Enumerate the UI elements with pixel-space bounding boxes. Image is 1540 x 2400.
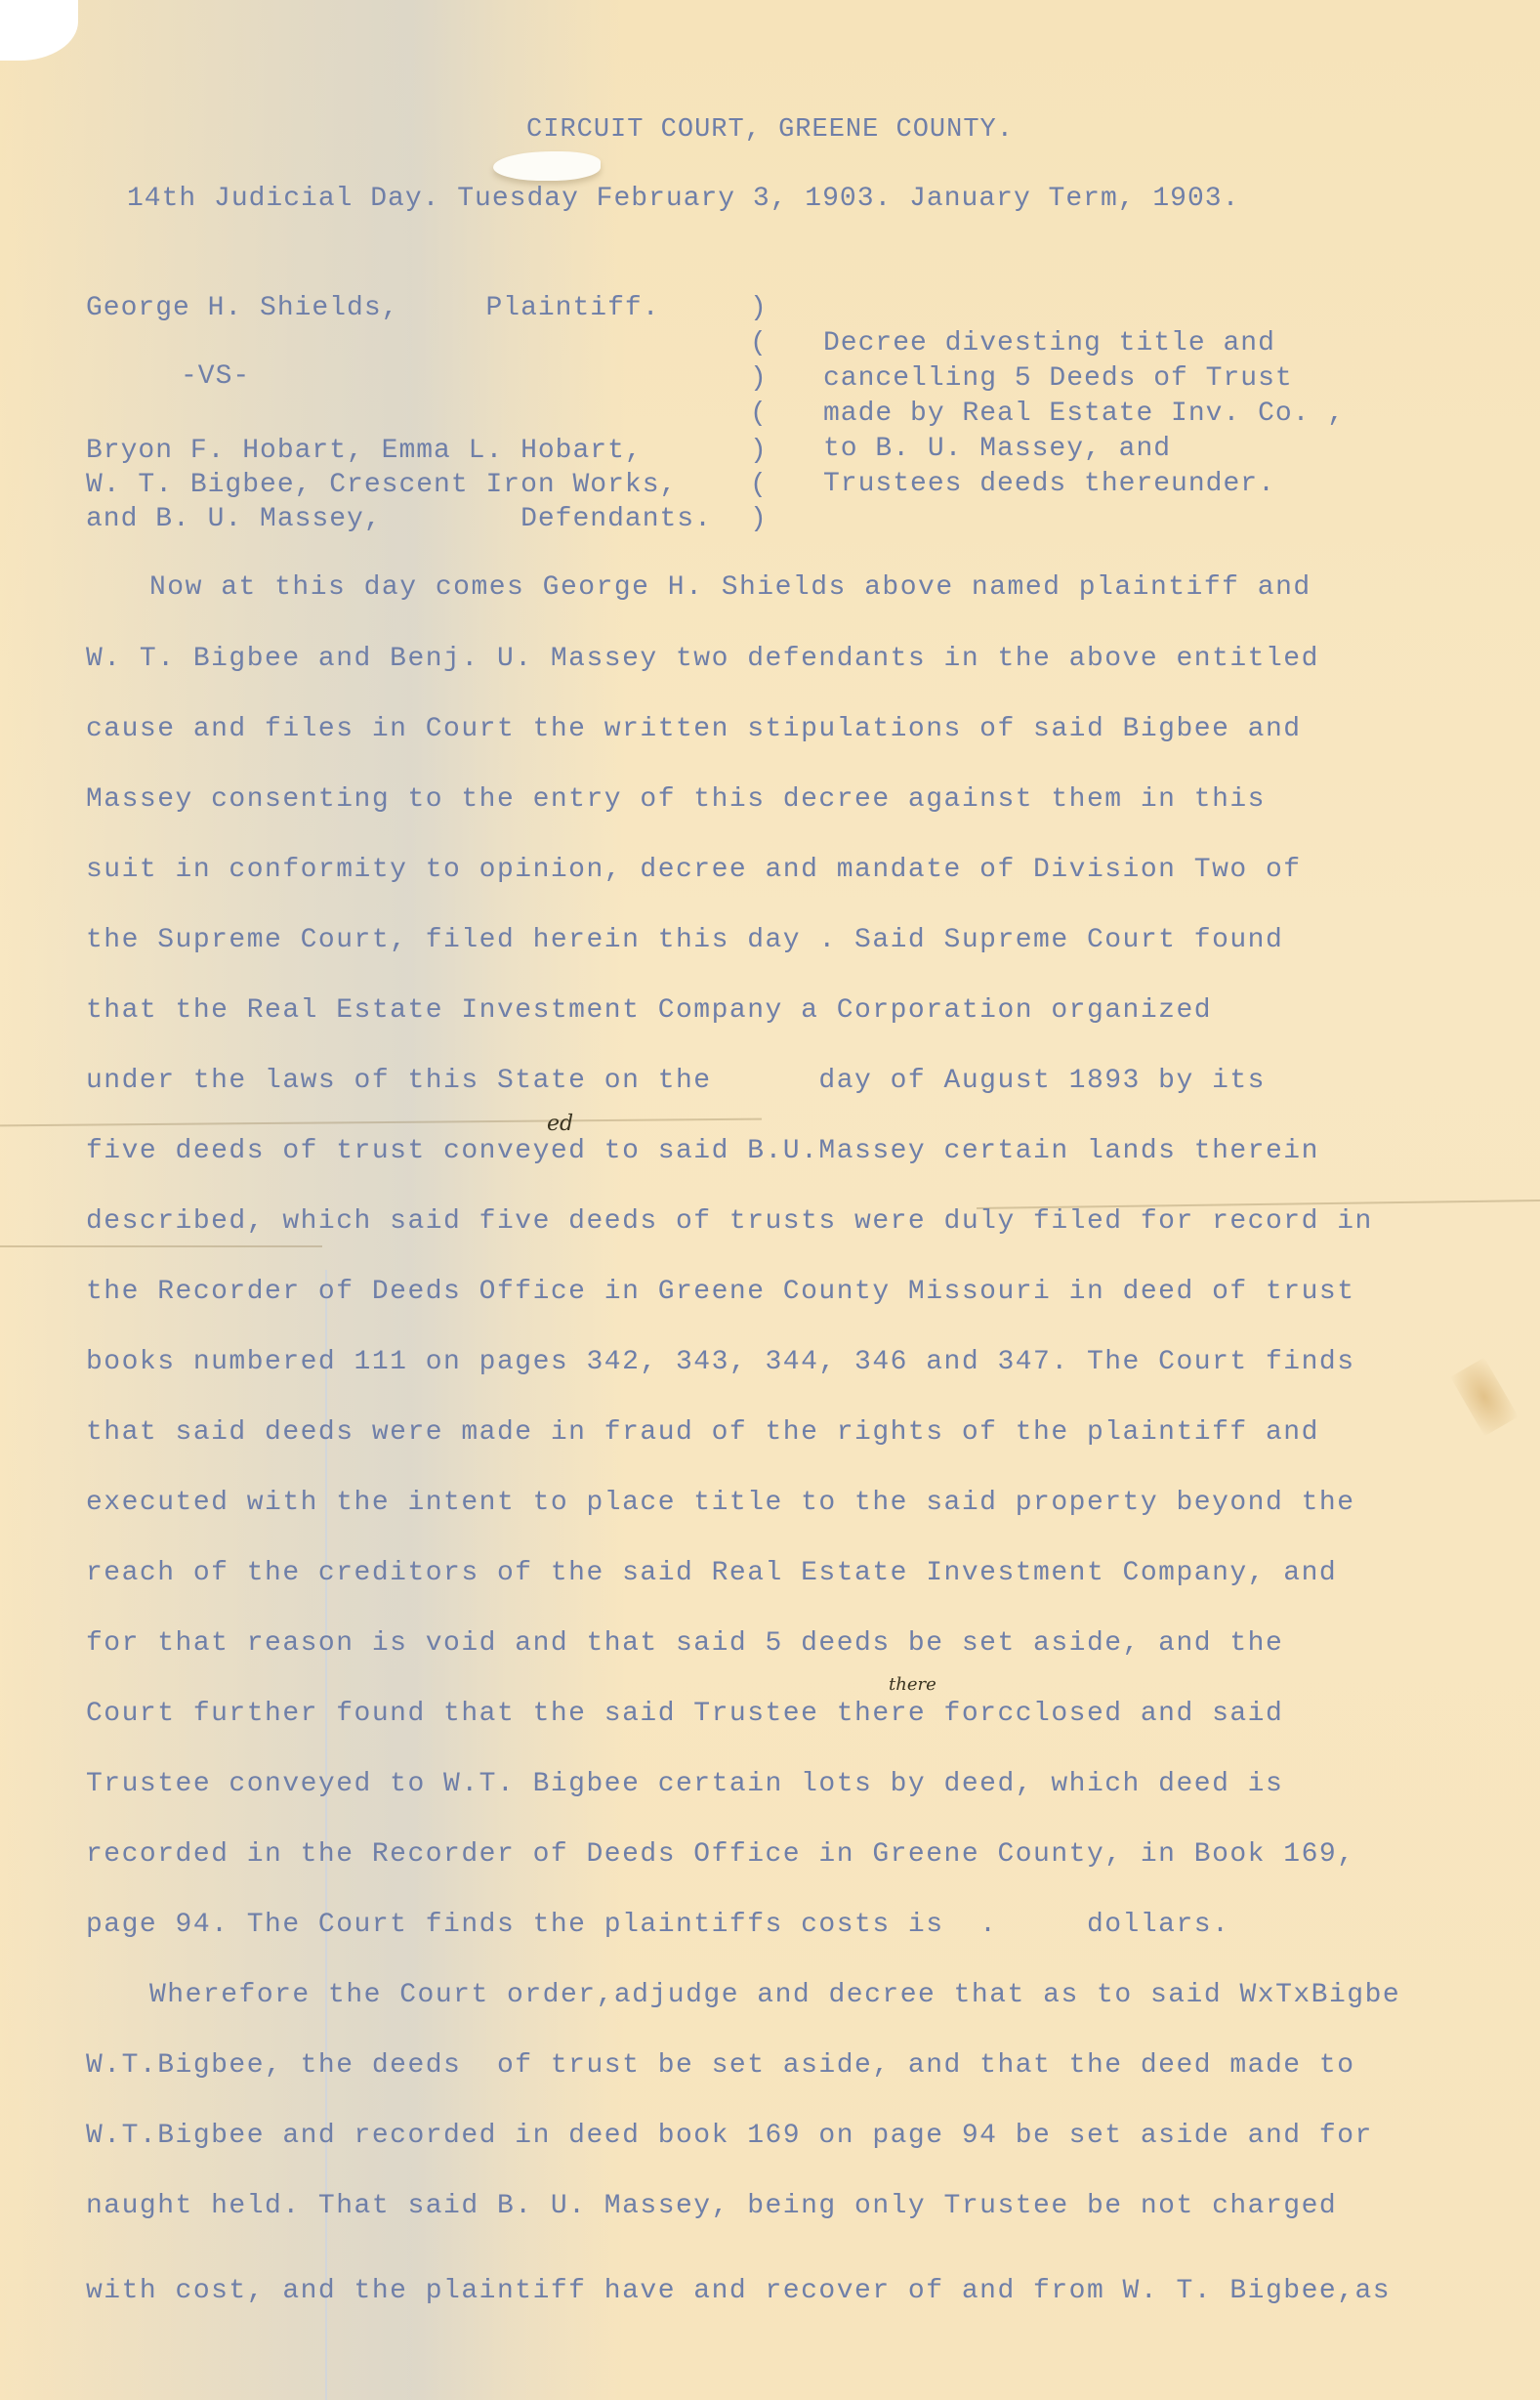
caption-bracket: ) [750, 504, 768, 534]
body-line: suit in conformity to opinion, decree an… [86, 855, 1302, 885]
decree-description-line: Trustees deeds thereunder. [823, 469, 1275, 499]
body-line: that said deeds were made in fraud of th… [86, 1417, 1319, 1448]
body-line: Now at this day comes George H. Shields … [149, 572, 1311, 603]
body-line: recorded in the Recorder of Deeds Office… [86, 1839, 1355, 1870]
body-line: W. T. Bigbee and Benj. U. Massey two def… [86, 644, 1319, 674]
body-line: for that reason is void and that said 5 … [86, 1628, 1283, 1659]
caption-bracket: ( [750, 399, 768, 429]
body-line: executed with the intent to place title … [86, 1488, 1355, 1518]
handwritten-insert: there [889, 1674, 936, 1695]
paper-hole [493, 151, 601, 181]
caption-bracket: ) [750, 436, 768, 466]
body-line: Wherefore the Court order,adjudge and de… [149, 1980, 1400, 2010]
body-line: the Supreme Court, filed herein this day… [86, 925, 1283, 955]
body-line: with cost, and the plaintiff have and re… [86, 2276, 1391, 2306]
decree-description-line: cancelling 5 Deeds of Trust [823, 363, 1293, 394]
body-line: reach of the creditors of the said Real … [86, 1558, 1337, 1588]
body-line: Trustee conveyed to W.T. Bigbee certain … [86, 1769, 1283, 1799]
body-line: books numbered 111 on pages 342, 343, 34… [86, 1347, 1355, 1377]
court-title: CIRCUIT COURT, GREENE COUNTY. [0, 115, 1540, 145]
body-line: naught held. That said B. U. Massey, bei… [86, 2191, 1337, 2221]
body-line: cause and files in Court the written sti… [86, 714, 1302, 744]
body-line: W.T.Bigbee, the deeds of trust be set as… [86, 2050, 1355, 2081]
decree-description-line: Decree divesting title and [823, 328, 1275, 358]
decree-description-line: to B. U. Massey, and [823, 434, 1171, 464]
plaintiff-line: George H. Shields, Plaintiff. [86, 293, 660, 323]
document-page: CIRCUIT COURT, GREENE COUNTY. 14th Judic… [0, 0, 1540, 2400]
caption-bracket: ) [750, 293, 768, 323]
caption-bracket: ) [750, 363, 768, 394]
body-line: Court further found that the said Truste… [86, 1699, 1283, 1729]
defendant-line: W. T. Bigbee, Crescent Iron Works, [86, 470, 677, 500]
body-line: five deeds of trust conveyed to said B.U… [86, 1136, 1319, 1166]
body-line: described, which said five deeds of trus… [86, 1206, 1373, 1237]
body-line: under the laws of this State on the day … [86, 1066, 1266, 1096]
body-line: Massey consenting to the entry of this d… [86, 784, 1266, 815]
paper-crease [0, 1118, 762, 1127]
body-line: W.T.Bigbee and recorded in deed book 169… [86, 2121, 1373, 2151]
torn-corner [0, 0, 78, 61]
defendant-line: and B. U. Massey, Defendants. [86, 504, 712, 534]
body-line: that the Real Estate Investment Company … [86, 995, 1212, 1026]
caption-bracket: ( [750, 328, 768, 358]
decree-description-line: made by Real Estate Inv. Co. , [823, 399, 1345, 429]
caption-bracket: ( [750, 470, 768, 500]
paper-stain [1450, 1358, 1519, 1437]
body-line: page 94. The Court finds the plaintiffs … [86, 1910, 1229, 1940]
defendant-line: Bryon F. Hobart, Emma L. Hobart, [86, 436, 643, 466]
dateline: 14th Judicial Day. Tuesday February 3, 1… [127, 184, 1239, 214]
paper-crease [0, 1245, 322, 1247]
body-line: the Recorder of Deeds Office in Greene C… [86, 1277, 1355, 1307]
handwritten-insert: ed [547, 1112, 573, 1136]
versus: -VS- [181, 361, 250, 392]
